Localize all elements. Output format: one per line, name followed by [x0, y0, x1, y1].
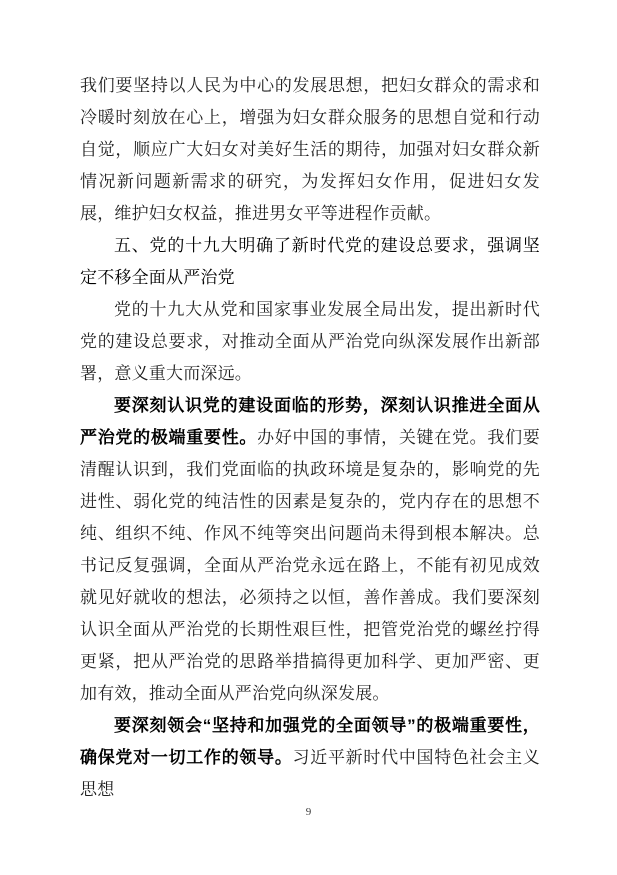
section-heading-text: 五、党的十九大明确了新时代党的建设总要求，强调坚定不移全面从严治党 — [80, 236, 540, 287]
paragraph: 要深刻领会“坚持和加强党的全面领导”的极端重要性，确保党对一切工作的领导。习近平… — [80, 710, 540, 806]
document-page: 我们要坚持以人民为中心的发展思想，把妇女群众的需求和冷暖时刻放在心上，增强为妇女… — [0, 0, 617, 875]
document-content: 我们要坚持以人民为中心的发展思想，把妇女群众的需求和冷暖时刻放在心上，增强为妇女… — [80, 70, 540, 806]
paragraph-continuation: 我们要坚持以人民为中心的发展思想，把妇女群众的需求和冷暖时刻放在心上，增强为妇女… — [80, 70, 540, 230]
paragraph-text: 党的十九大从党和国家事业发展全局出发，提出新时代党的建设总要求，对推动全面从严治… — [80, 300, 540, 383]
paragraph: 要深刻认识党的建设面临的形势，深刻认识推进全面从严治党的极端重要性。办好中国的事… — [80, 390, 540, 710]
paragraph-text: 我们要坚持以人民为中心的发展思想，把妇女群众的需求和冷暖时刻放在心上，增强为妇女… — [80, 76, 540, 223]
section-heading: 五、党的十九大明确了新时代党的建设总要求，强调坚定不移全面从严治党 — [80, 230, 540, 294]
paragraph-text: 办好中国的事情，关键在党。我们要清醒认识到，我们党面临的执政环境是复杂的，影响党… — [80, 428, 540, 703]
paragraph: 党的十九大从党和国家事业发展全局出发，提出新时代党的建设总要求，对推动全面从严治… — [80, 294, 540, 390]
page-number: 9 — [0, 806, 617, 818]
